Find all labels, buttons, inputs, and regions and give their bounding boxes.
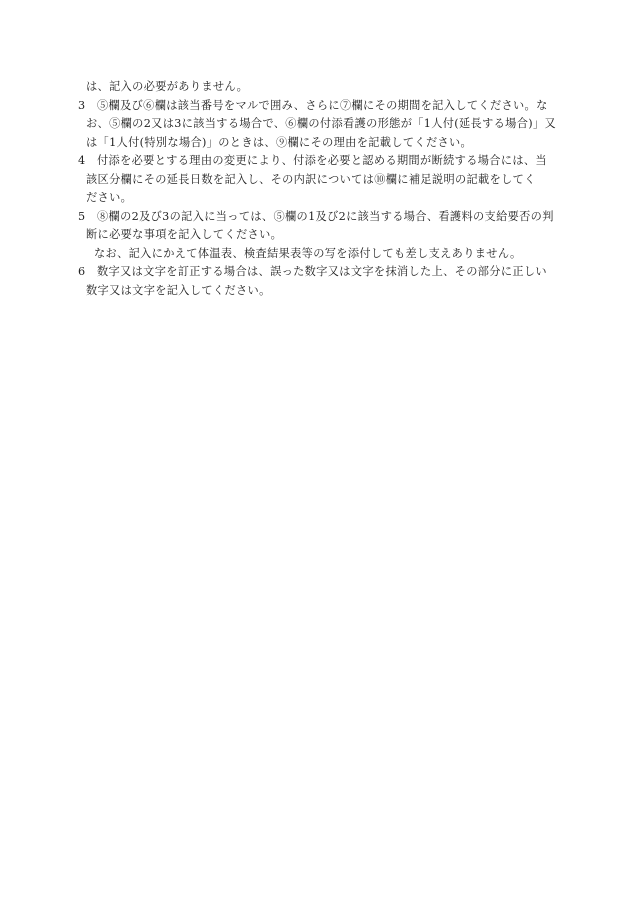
list-item-6: 6 数字又は文字を訂正する場合は、誤った数字又は文字を抹消した上、その部分に正し… (78, 263, 550, 282)
document-page: は、記入の必要がありません。 3 ⑤欄及び⑥欄は該当番号をマルで囲み、さらに⑦欄… (0, 0, 630, 903)
item-number: 3 (78, 97, 85, 116)
text-line: は、記入の必要がありません。 (78, 78, 550, 97)
line-text: 数字又は文字を訂正する場合は、誤った数字又は文字を抹消した上、その部分に正しい (97, 265, 547, 278)
list-item-4: 4 付添を必要とする理由の変更により、付添を必要と認める期間が断続する場合には、… (78, 152, 550, 171)
text-line: は「1人付(特別な場合)」のときは、⑨欄にその理由を記載してください。 (78, 134, 550, 153)
line-text: お、⑤欄の2又は3に該当する場合で、⑥欄の付添看護の形態が「1人付(延長する場合… (86, 117, 556, 130)
line-text: ⑤欄及び⑥欄は該当番号をマルで囲み、さらに⑦欄にその期間を記入してください。な (97, 99, 548, 112)
line-text: 該区分欄にその延長日数を記入し、その内訳については⑩欄に補足説明の記載をしてく (86, 173, 536, 186)
line-text: は、記入の必要がありません。 (86, 80, 248, 93)
text-line: ださい。 (78, 189, 550, 208)
line-text: 数字又は文字を記入してください。 (86, 284, 271, 297)
text-line: 数字又は文字を記入してください。 (78, 282, 550, 301)
list-item-5: 5 ⑧欄の2及び3の記入に当っては、⑤欄の1及び2に該当する場合、看護料の支給要… (78, 208, 550, 227)
instructions-text: は、記入の必要がありません。 3 ⑤欄及び⑥欄は該当番号をマルで囲み、さらに⑦欄… (78, 78, 550, 300)
text-line: お、⑤欄の2又は3に該当する場合で、⑥欄の付添看護の形態が「1人付(延長する場合… (78, 115, 550, 134)
text-line: 該区分欄にその延長日数を記入し、その内訳については⑩欄に補足説明の記載をしてく (78, 171, 550, 190)
line-text: ⑧欄の2及び3の記入に当っては、⑤欄の1及び2に該当する場合、看護料の支給要否の… (97, 210, 554, 223)
line-text: ださい。 (86, 191, 132, 204)
item-number: 5 (78, 208, 85, 227)
item-number: 6 (78, 263, 85, 282)
list-item-3: 3 ⑤欄及び⑥欄は該当番号をマルで囲み、さらに⑦欄にその期間を記入してください。… (78, 97, 550, 116)
line-text: 付添を必要とする理由の変更により、付添を必要と認める期間が断続する場合には、当 (97, 154, 547, 167)
line-text: なお、記入にかえて体温表、検査結果表等の写を添付しても差し支えありません。 (94, 247, 522, 260)
line-text: は「1人付(特別な場合)」のときは、⑨欄にその理由を記載してください。 (86, 136, 472, 149)
item-number: 4 (78, 152, 85, 171)
text-line: なお、記入にかえて体温表、検査結果表等の写を添付しても差し支えありません。 (78, 245, 550, 264)
line-text: 断に必要な事項を記入してください。 (86, 228, 282, 241)
text-line: 断に必要な事項を記入してください。 (78, 226, 550, 245)
